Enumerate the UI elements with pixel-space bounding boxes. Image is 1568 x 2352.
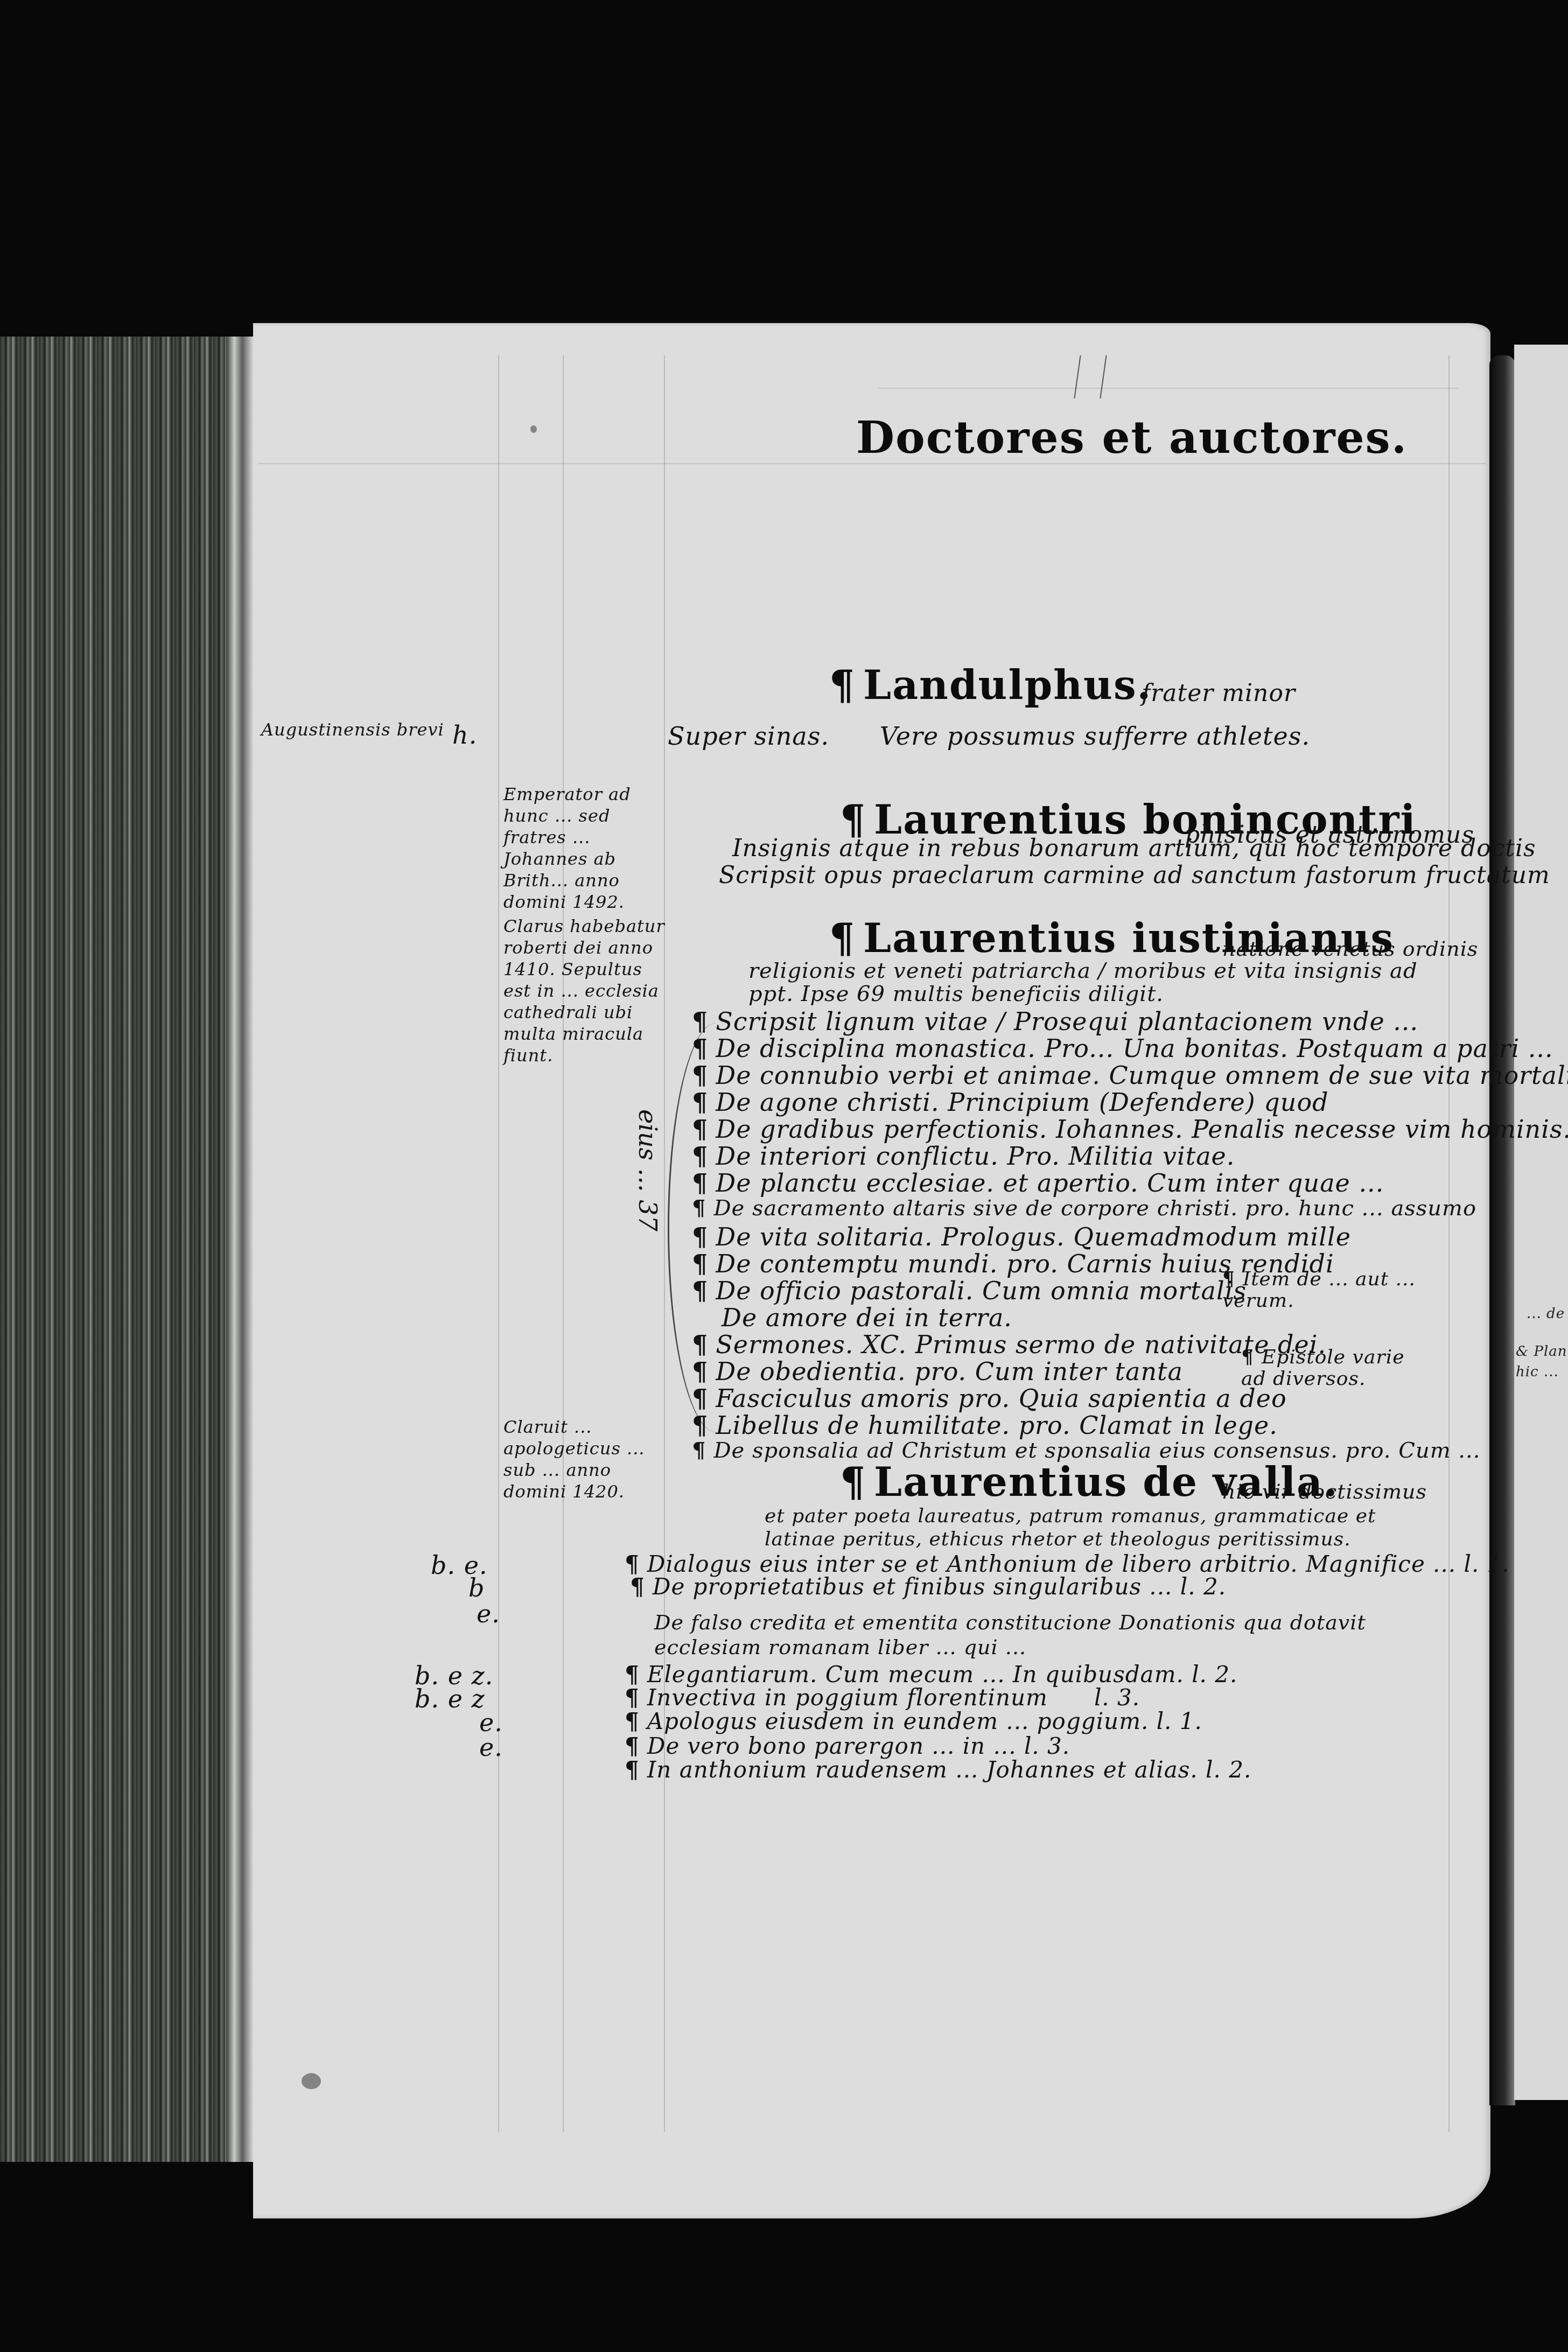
margin-letter: h.: [452, 720, 477, 750]
work-title: Invectiva in poggium florentinum: [647, 1684, 1048, 1711]
pilcrow-icon: ¶: [692, 1357, 708, 1386]
margin-note: Clarus habebatur roberti dei anno 1410. …: [503, 915, 665, 1066]
work-item: ¶Invectiva in poggium florentinum l. 3.: [625, 1684, 1140, 1711]
side-note: ¶Item de ... aut ... verum.: [1222, 1268, 1427, 1312]
sigla: e.: [479, 1733, 503, 1762]
work-title: De falso credita et ementita constitucio…: [654, 1611, 1366, 1659]
pilcrow-icon: ¶: [1222, 1268, 1235, 1290]
entry-line: latinae peritus, ethicus rhetor et theol…: [765, 1528, 1351, 1550]
pilcrow-icon: ¶: [840, 1459, 866, 1506]
ruling-line: [498, 355, 499, 2132]
work-item: ¶De agone christi. Principium (Defendere…: [692, 1088, 1329, 1117]
pilcrow-icon: ¶: [829, 662, 856, 709]
work-incipit: Pro. Militia vitae.: [1007, 1142, 1235, 1171]
work-item: ¶De planctu ecclesiae. et apertio. Cum i…: [692, 1168, 1384, 1198]
adjacent-page-text: hic ...: [1516, 1361, 1559, 1383]
work-item: ¶Elegantiarum. Cum mecum ... In quibusda…: [625, 1661, 1237, 1688]
vertical-margin-note: eius ... 37: [633, 1109, 662, 1231]
pilcrow-icon: ¶: [625, 1733, 640, 1759]
sigla: b: [468, 1573, 485, 1602]
work-extra: l. 3.: [1024, 1733, 1070, 1759]
work-extra: l. 2.: [1206, 1756, 1251, 1783]
adjacent-page-text: & Plan...: [1516, 1341, 1568, 1362]
entry-epithet: hic vir doctissimus: [1222, 1480, 1427, 1503]
sigla: b. e z: [415, 1684, 485, 1713]
ruling-line: [878, 388, 1459, 389]
pilcrow-icon: ¶: [692, 1438, 706, 1463]
work-title: Scripsit lignum vitae: [716, 1007, 988, 1036]
pilcrow-icon: ¶: [1241, 1346, 1254, 1368]
work-title: Apologus eiusdem in eundem ... poggium.: [647, 1708, 1149, 1734]
incipit: Super sinas.: [668, 722, 829, 751]
pilcrow-icon: ¶: [692, 1168, 708, 1198]
pilcrow-icon: ¶: [829, 915, 856, 962]
pilcrow-icon: ¶: [692, 1034, 708, 1063]
ruling-line: [664, 355, 665, 2132]
work-item: ¶De disciplina monastica. Pro... Una bon…: [692, 1034, 1553, 1063]
work-title: Libellus de humilitate.: [716, 1411, 1010, 1440]
work-title: De officio pastorali.: [716, 1276, 974, 1305]
work-incipit: et apertio. Cum inter quae ...: [1003, 1168, 1384, 1198]
work-item: ¶Libellus de humilitate. pro. Clamat in …: [692, 1411, 1278, 1440]
entry-epithet: natione venetus ordinis: [1222, 937, 1478, 961]
work-item: ¶De vita solitaria. Prologus. Quemadmodu…: [692, 1222, 1351, 1251]
margin-note: Claruit ... apologeticus ... sub ... ann…: [503, 1416, 665, 1502]
work-extra: l. 2.: [1192, 1661, 1237, 1688]
work-item: ¶De interiori conflictu. Pro. Militia vi…: [692, 1142, 1235, 1171]
work-incipit: Prosequi plantacionem vnde ...: [1014, 1007, 1418, 1036]
work-extra: l. 1.: [1157, 1708, 1202, 1734]
running-head: Doctores et auctores.: [856, 412, 1408, 464]
work-incipit: Cum omnia mortalis: [982, 1276, 1247, 1305]
pilcrow-icon: ¶: [692, 1061, 708, 1090]
work-incipit: pro. Quia sapientia a deo: [958, 1384, 1286, 1413]
ruling-line: [1448, 355, 1450, 2132]
work-title: Fasciculus amoris: [716, 1384, 949, 1413]
entry-epithet: frater minor: [1142, 680, 1296, 707]
work-title: De connubio verbi et animae.: [716, 1061, 1101, 1090]
work-item: ¶De obedientia. pro. Cum inter tanta: [692, 1357, 1183, 1386]
work-item: ¶De connubio verbi et animae. Cumque omn…: [692, 1061, 1568, 1090]
work-title: De amore dei in terra.: [722, 1303, 1012, 1332]
side-note-text: Item de ... aut ... verum.: [1222, 1268, 1416, 1312]
work-incipit: pro. Cum inter tanta: [914, 1357, 1183, 1386]
pilcrow-icon: ¶: [625, 1756, 640, 1783]
entry-line: religionis et veneti patriarcha / moribu…: [748, 958, 1417, 983]
work-incipit: Principium (Defendere) quod: [948, 1088, 1328, 1117]
work-item: ¶De vero bono parergon ... in ... l. 3.: [625, 1733, 1070, 1759]
pilcrow-icon: ¶: [692, 1276, 708, 1305]
book-page-edges: [0, 337, 253, 2162]
work-title: Elegantiarum. Cum mecum ... In quibusdam…: [647, 1661, 1184, 1688]
entry-line: Insignis atque in rebus bonarum artium, …: [732, 835, 1536, 862]
sigla: e.: [477, 1599, 500, 1628]
pilcrow-icon: ¶: [630, 1573, 645, 1600]
pilcrow-icon: ¶: [625, 1708, 640, 1734]
ink-blot: [302, 2073, 321, 2089]
pilcrow-icon: ¶: [692, 1088, 708, 1117]
work-title: De gradibus perfectionis.: [716, 1115, 1047, 1144]
work-title: De vita solitaria.: [716, 1222, 933, 1251]
pilcrow-icon: ¶: [692, 1249, 708, 1278]
work-incipit: Pro... Una bonitas. Postquam a patri ...: [1044, 1034, 1553, 1063]
margin-note: Emperator ad hunc ... sed fratres ... Jo…: [503, 783, 665, 913]
work-item: ¶De officio pastorali. Cum omnia mortali…: [692, 1276, 1247, 1305]
work-incipit: pro. hunc ... assumo: [1245, 1196, 1476, 1221]
work-item: ¶Fasciculus amoris pro. Quia sapientia a…: [692, 1384, 1287, 1413]
work-item: ¶De gradibus perfectionis. Iohannes. Pen…: [692, 1115, 1568, 1144]
work-incipit: Cumque omnem de sue vita mortalium.: [1109, 1061, 1568, 1090]
pilcrow-icon: ¶: [625, 1661, 640, 1688]
work-title: De planctu ecclesiae.: [716, 1168, 995, 1198]
pilcrow-icon: ¶: [692, 1384, 708, 1413]
work-title: De obedientia.: [716, 1357, 906, 1386]
entry-line: Super sinas. Vere possumus sufferre athl…: [668, 722, 1310, 751]
pilcrow-icon: ¶: [692, 1330, 708, 1359]
work-title: Sermones. XC.: [716, 1330, 907, 1359]
book-gutter: [1489, 355, 1515, 2105]
side-note-text: Epistole varie ad diversos.: [1241, 1346, 1404, 1390]
work-extra: Magnifice ... l. 1.: [1306, 1551, 1510, 1577]
work-title: De contemptu mundi.: [716, 1249, 998, 1278]
entry-heading-landulphus: ¶Landulphus.: [829, 662, 1152, 709]
ruling-line: [563, 355, 564, 2132]
work-item: De falso credita et ementita constitucio…: [654, 1610, 1451, 1660]
margin-note: Augustinensis brevi: [261, 719, 444, 740]
work-title: De agone christi.: [716, 1088, 939, 1117]
work-extra: l. 2.: [1180, 1573, 1226, 1600]
work-title: De disciplina monastica.: [716, 1034, 1036, 1063]
adjacent-page: [1514, 345, 1568, 2100]
heading-text: Landulphus.: [863, 662, 1152, 709]
work-title: De vero bono parergon ... in ...: [647, 1733, 1017, 1759]
work-title: De interiori conflictu.: [716, 1142, 999, 1171]
work-item: ¶In anthonium raudensem ... Johannes et …: [625, 1756, 1251, 1783]
work-item: De amore dei in terra.: [722, 1303, 1012, 1332]
work-item: ¶Sermones. XC. Primus sermo de nativitat…: [692, 1330, 1326, 1359]
pilcrow-icon: ¶: [692, 1007, 708, 1036]
work-item: ¶Apologus eiusdem in eundem ... poggium.…: [625, 1708, 1202, 1734]
work-incipit: pro. Cum ...: [1346, 1438, 1481, 1463]
work-title: De sacramento altaris sive de corpore ch…: [713, 1196, 1237, 1221]
work-title: De proprietatibus et finibus singularibu…: [653, 1573, 1173, 1600]
line-text: Vere possumus sufferre athletes.: [880, 722, 1310, 751]
pilcrow-icon: ¶: [692, 1195, 706, 1221]
work-incipit: Iohannes. Penalis necesse vim hominis.: [1056, 1115, 1568, 1144]
entry-line: et pater poeta laureatus, patrum romanus…: [765, 1505, 1376, 1527]
work-item: ¶De proprietatibus et finibus singularib…: [630, 1573, 1226, 1600]
work-title: In anthonium raudensem ... Johannes et a…: [647, 1756, 1198, 1783]
pilcrow-icon: ¶: [692, 1115, 708, 1144]
pilcrow-icon: ¶: [692, 1142, 708, 1171]
entry-line: ppt. Ipse 69 multis beneficiis diligit.: [748, 982, 1164, 1006]
work-incipit: Prologus. Quemadmodum mille: [941, 1222, 1351, 1251]
entry-line: Scripsit opus praeclarum carmine ad sanc…: [719, 862, 1550, 889]
ink-dot: [530, 425, 537, 433]
pilcrow-icon: ¶: [692, 1411, 708, 1440]
work-item: ¶De sacramento altaris sive de corpore c…: [692, 1195, 1476, 1221]
adjacent-page-text: ... de: [1527, 1303, 1565, 1325]
work-incipit: pro. Clamat in lege.: [1019, 1411, 1278, 1440]
pilcrow-icon: ¶: [692, 1222, 708, 1251]
work-item: ¶Scripsit lignum vitae / Prosequi planta…: [692, 1007, 1418, 1036]
work-extra: l. 3.: [1094, 1684, 1140, 1711]
pilcrow-icon: ¶: [625, 1684, 640, 1711]
side-note: ¶Epistole varie ad diversos.: [1241, 1346, 1435, 1390]
